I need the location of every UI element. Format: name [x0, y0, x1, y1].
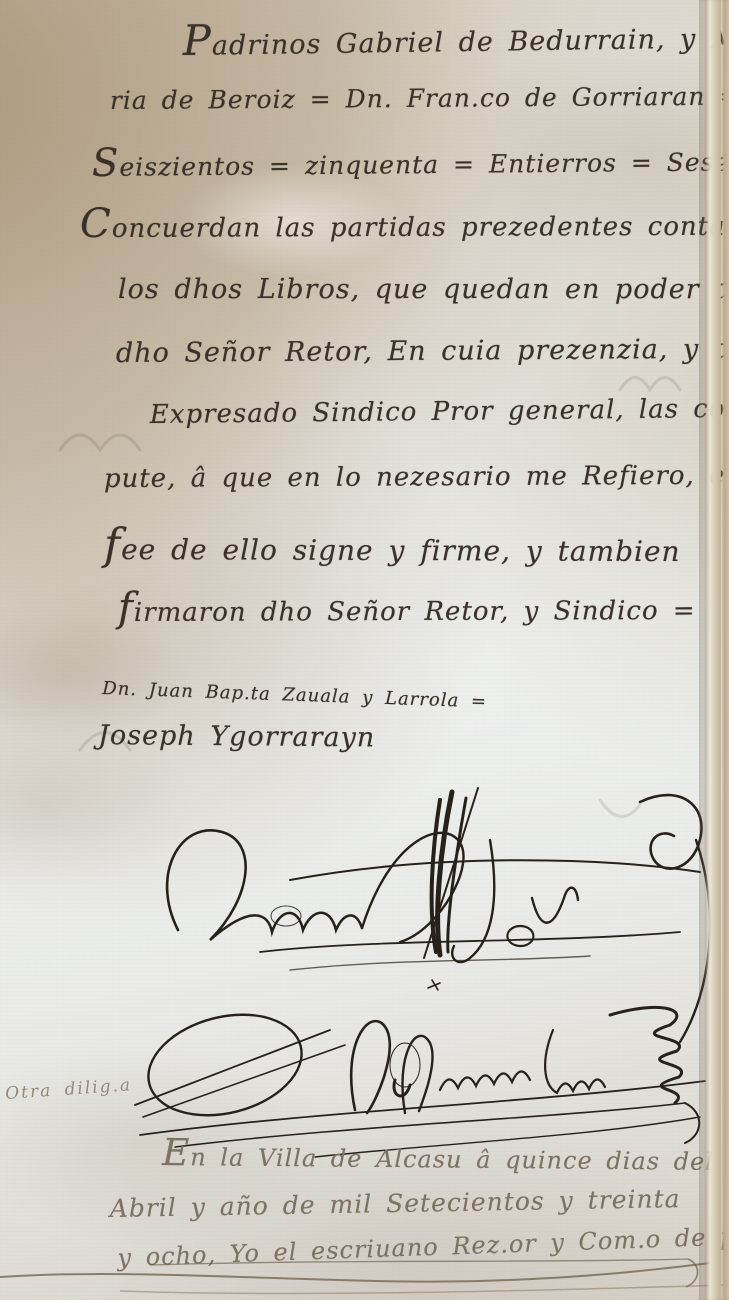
closing-line: Abril y año de mil Setecientos y treinta: [109, 1184, 680, 1223]
manuscript-page: Padrinos Gabriel de Bedurrain, y Ma- ria…: [0, 0, 729, 1300]
showthrough-marks: [0, 330, 729, 930]
page-crease-lines: [0, 1255, 729, 1300]
closing-line: En la Villa de Alcasu â quince dias del …: [162, 1138, 729, 1177]
handwritten-line: ria de Beroiz = Dn. Fran.co de Gorriaran…: [110, 81, 729, 115]
handwritten-line: Concuerdan las partidas prezedentes cont…: [80, 205, 729, 244]
handwritten-line: Padrinos Gabriel de Bedurrain, y Ma-: [182, 16, 729, 62]
handwritten-line: los dhos Libros, que quedan en poder de: [118, 274, 729, 305]
handwritten-line: Seiszientos = zinquenta = Entierros = Se…: [92, 142, 729, 182]
